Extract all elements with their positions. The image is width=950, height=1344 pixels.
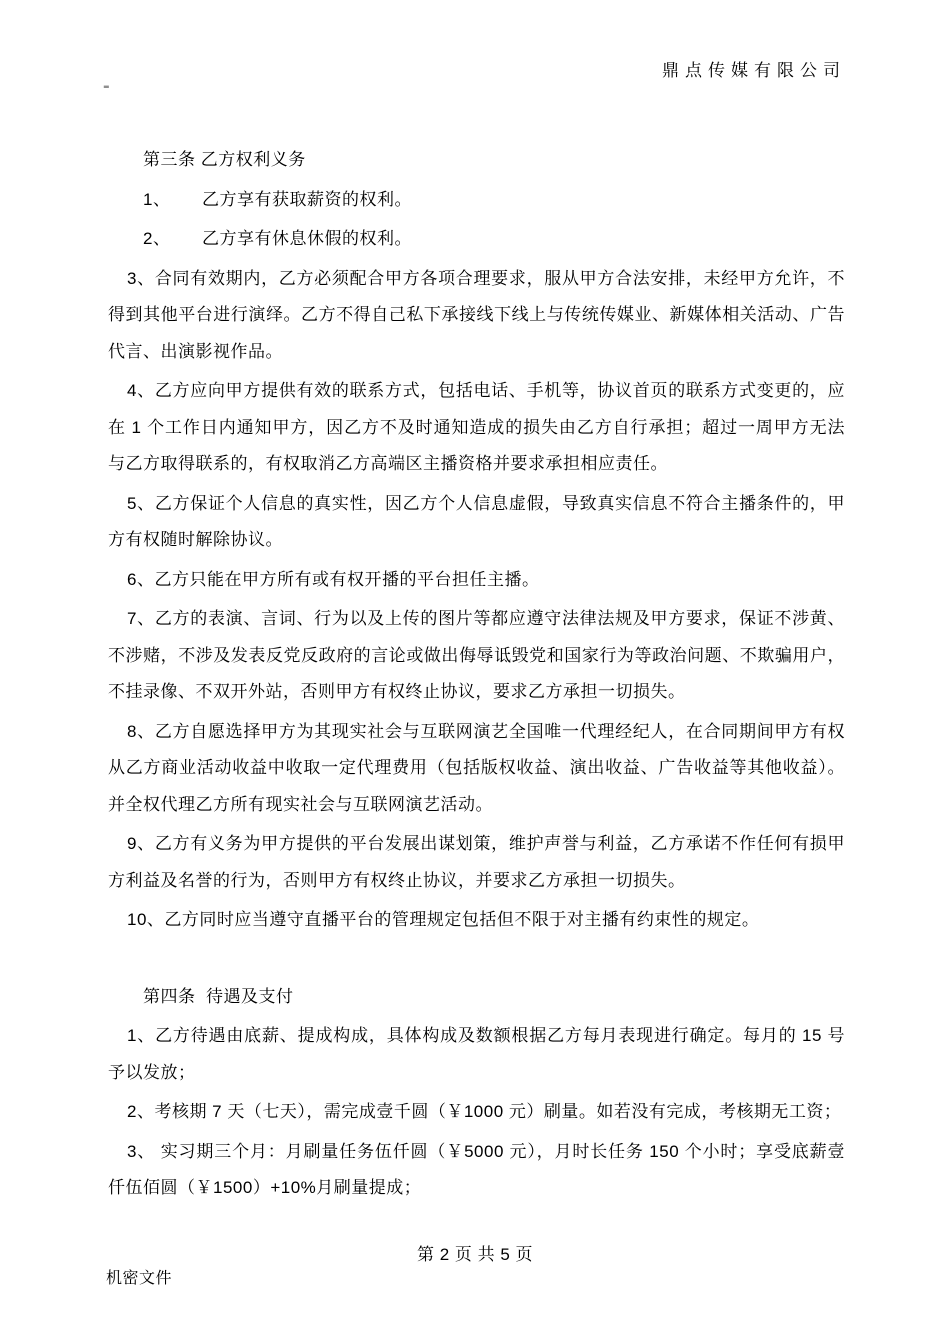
paragraph-clause-5: 5、乙方保证个人信息的真实性，因乙方个人信息虚假，导致真实信息不符合主播条件的，… <box>108 486 845 559</box>
list-item: 1、乙方享有获取薪资的权利。 <box>108 182 845 219</box>
section-4-heading: 第四条 待遇及支付 <box>108 979 845 1016</box>
paragraph-clause-10: 10、乙方同时应当遵守直播平台的管理规定包括但不限于对主播有约束性的规定。 <box>108 902 845 939</box>
paragraph-clause-3: 3、合同有效期内，乙方必须配合甲方各项合理要求，服从甲方合法安排，未经甲方允许，… <box>108 261 845 371</box>
paragraph-clause-6: 6、乙方只能在甲方所有或有权开播的平台担任主播。 <box>108 562 845 599</box>
list-item-number: 2、 <box>143 221 202 258</box>
document-page: 鼎点传媒有限公司 - 第三条 乙方权利义务 1、乙方享有获取薪资的权利。 2、乙… <box>0 0 950 1344</box>
company-name-header: 鼎点传媒有限公司 <box>662 56 846 81</box>
paragraph-clause-9: 9、乙方有义务为甲方提供的平台发展出谋划策，维护声誉与利益，乙方承诺不作任何有损… <box>108 826 845 899</box>
paragraph-clause-4: 4、乙方应向甲方提供有效的联系方式，包括电话、手机等，协议首页的联系方式变更的，… <box>108 373 845 483</box>
list-item-text: 乙方享有休息休假的权利。 <box>202 229 412 248</box>
list-item-text: 乙方享有获取薪资的权利。 <box>202 190 412 209</box>
document-body: 第三条 乙方权利义务 1、乙方享有获取薪资的权利。 2、乙方享有休息休假的权利。… <box>108 142 845 1210</box>
page-number: 第 2 页 共 5 页 <box>0 1240 950 1265</box>
stray-dash-mark: - <box>103 76 110 96</box>
confidential-label: 机密文件 <box>106 1265 172 1288</box>
paragraph-clause-7: 7、乙方的表演、言词、行为以及上传的图片等都应遵守法律法规及甲方要求，保证不涉黄… <box>108 601 845 711</box>
paragraph-pay-3: 3、 实习期三个月：月刷量任务伍仟圆（￥5000 元），月时长任务 150 个小… <box>108 1134 845 1207</box>
paragraph-pay-2: 2、考核期 7 天（七天），需完成壹千圆（￥1000 元）刷量。如若没有完成，考… <box>108 1094 845 1131</box>
list-item-number: 1、 <box>143 182 202 219</box>
section-3-heading: 第三条 乙方权利义务 <box>108 142 845 179</box>
paragraph-pay-1: 1、乙方待遇由底薪、提成构成，具体构成及数额根据乙方每月表现进行确定。每月的 1… <box>108 1018 845 1091</box>
list-item: 2、乙方享有休息休假的权利。 <box>108 221 845 258</box>
paragraph-clause-8: 8、乙方自愿选择甲方为其现实社会与互联网演艺全国唯一代理经纪人，在合同期间甲方有… <box>108 714 845 824</box>
